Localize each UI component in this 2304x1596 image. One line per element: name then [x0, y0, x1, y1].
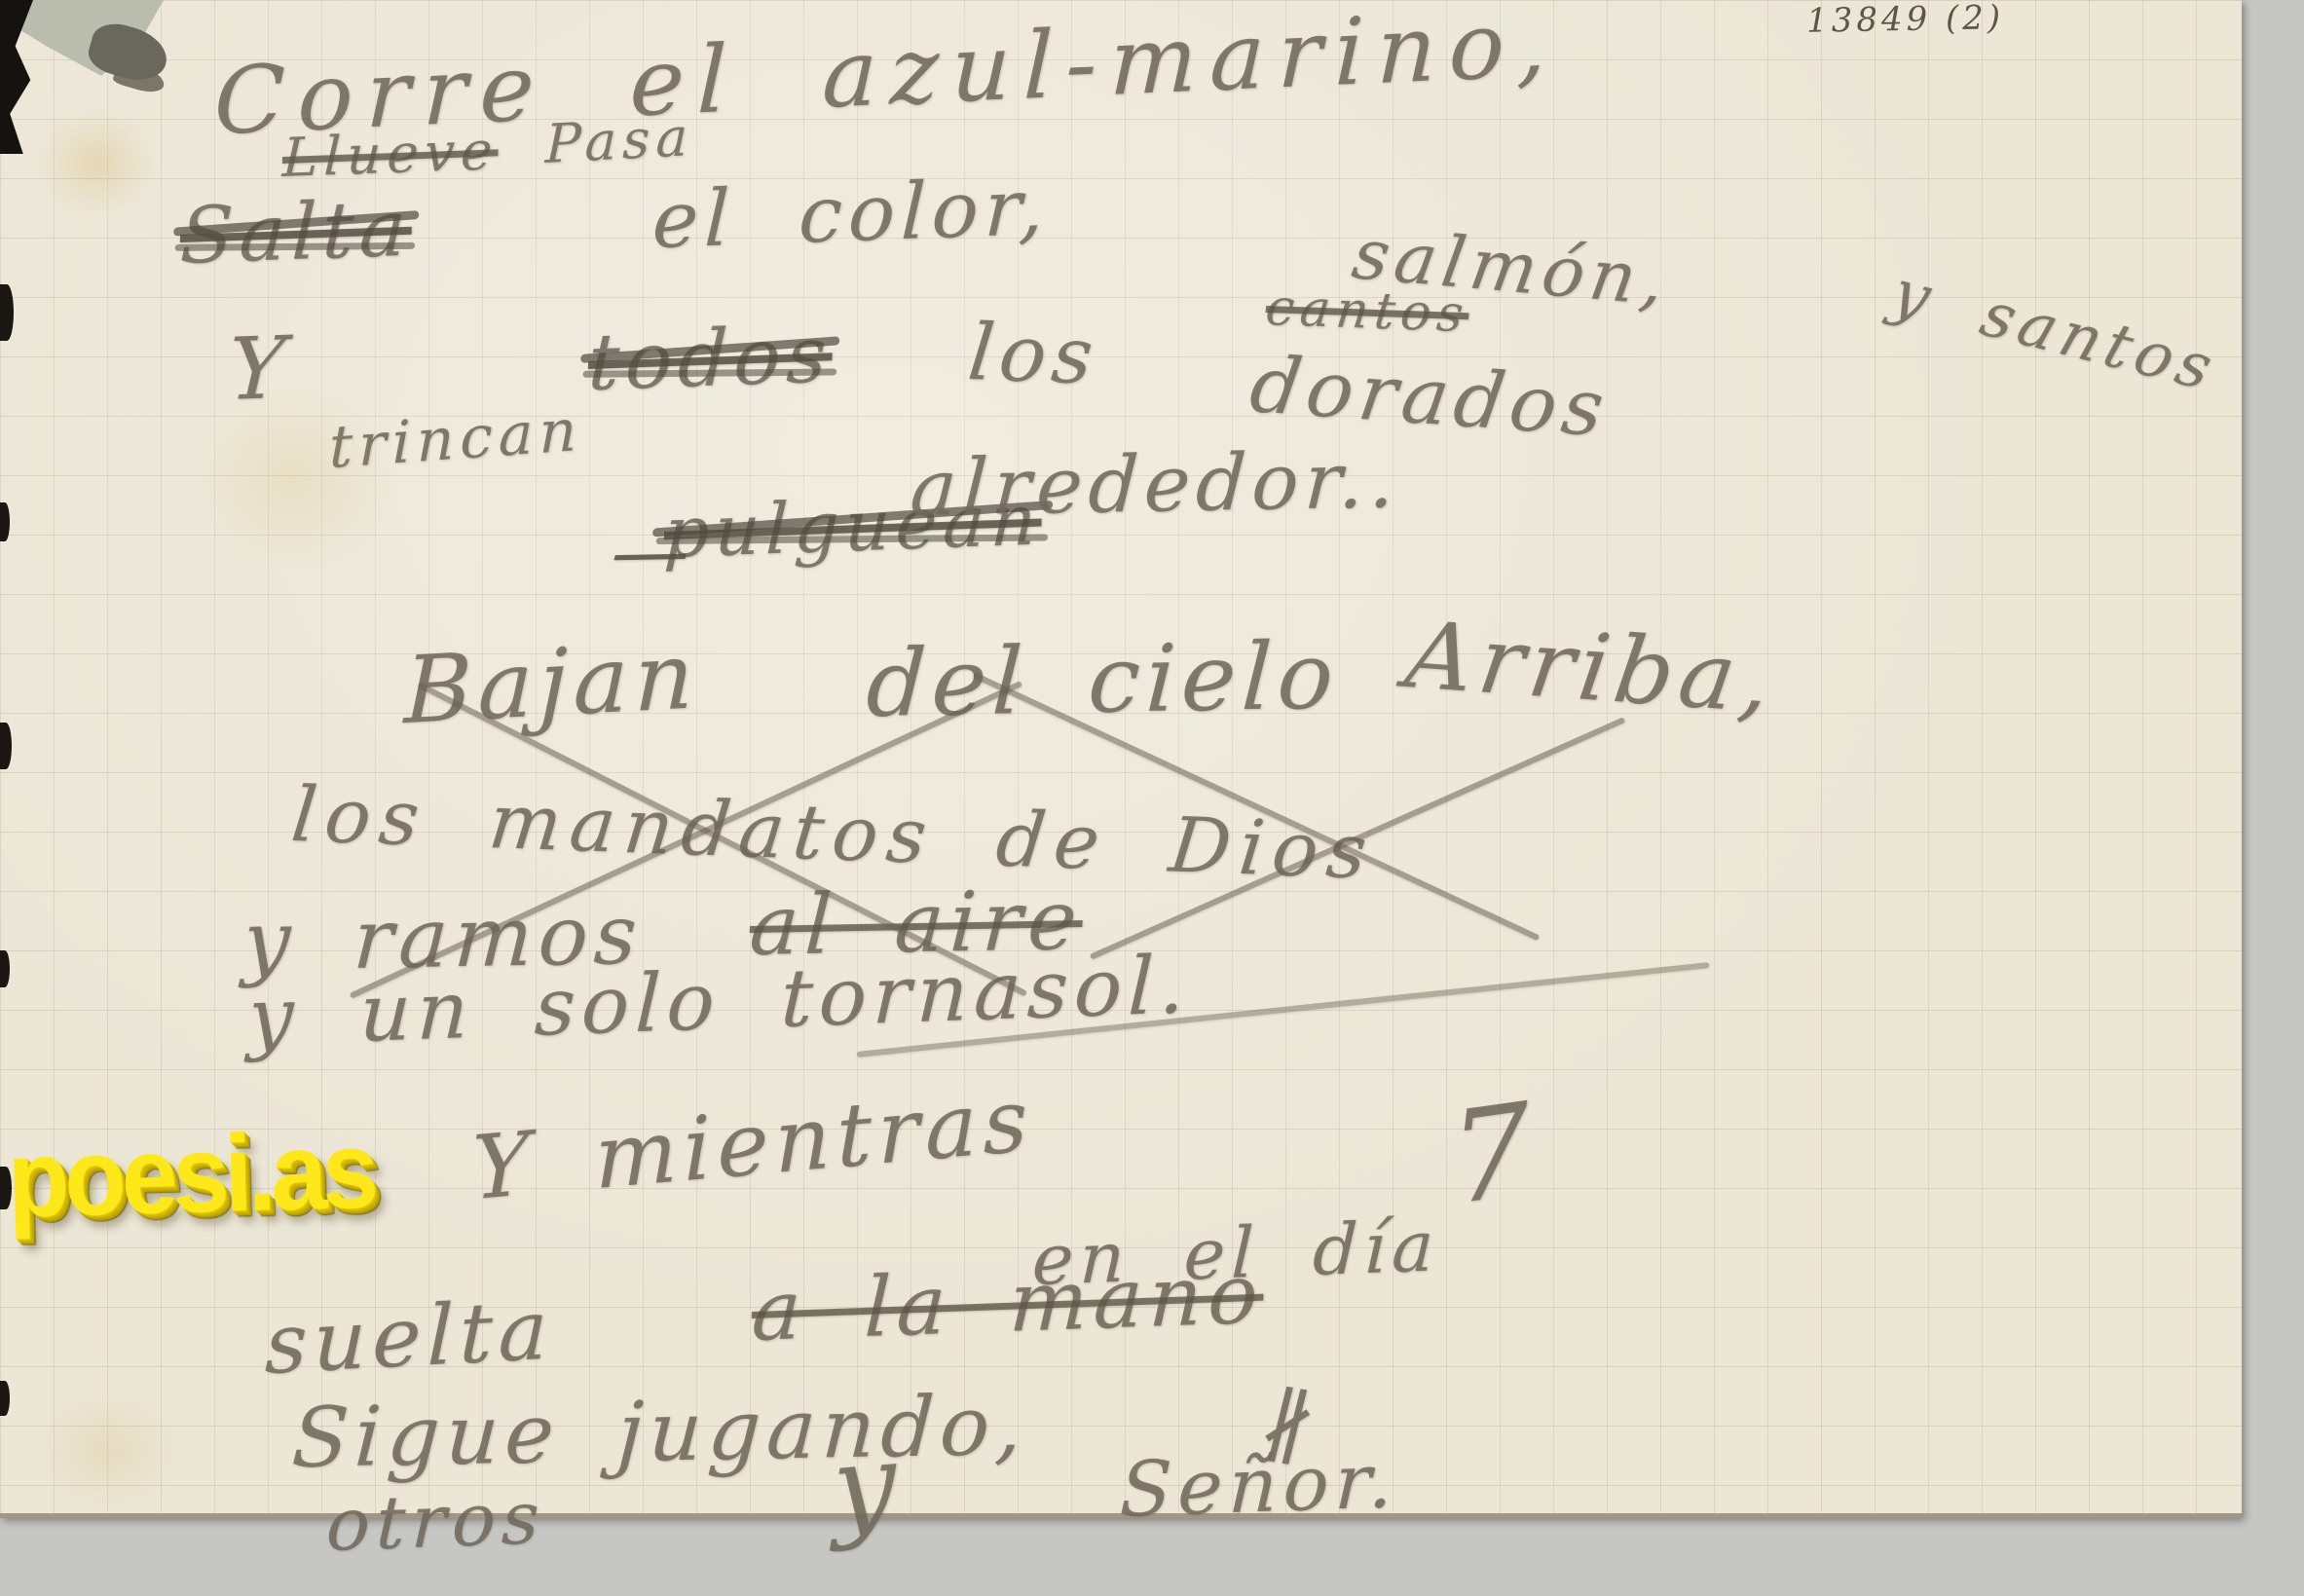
paper-stain	[35, 1392, 181, 1509]
scanned-manuscript-page: { "doc": { "description": "Handwritten p…	[0, 0, 2304, 1596]
manuscript-line: alrededor..	[909, 434, 1403, 534]
manuscript-paper: 13849 (2) Corre el azul-marino, Llueve P…	[0, 0, 2242, 1518]
dark-paper-blob	[84, 18, 172, 88]
manuscript-line: otros	[324, 1474, 546, 1568]
manuscript-line: cantos	[1263, 278, 1472, 344]
manuscript-line: Salta	[178, 183, 413, 281]
manuscript-line: todos	[587, 309, 835, 408]
manuscript-line: Arriba,	[1399, 602, 1783, 734]
manuscript-line: Sigue jugando,	[289, 1378, 1030, 1487]
manuscript-line: Pasa	[544, 105, 693, 175]
manuscript-line: suelta	[264, 1281, 554, 1393]
scan-edge-tear	[0, 723, 12, 769]
manuscript-line: 7	[1446, 1074, 1542, 1234]
manuscript-line: Señor.	[1118, 1437, 1399, 1535]
paper-stain	[37, 109, 158, 218]
manuscript-line: Llueve	[281, 119, 500, 189]
manuscript-line: el color,	[650, 162, 1051, 266]
separator-dash: —	[610, 504, 698, 597]
paper-stain	[191, 386, 395, 575]
scan-edge-tear	[0, 284, 14, 341]
manuscript-line: Y mientras	[471, 1068, 1034, 1220]
manuscript-line: los	[964, 307, 1102, 401]
manuscript-line: y santos	[1883, 257, 2227, 406]
manuscript-line: y	[832, 1418, 903, 1554]
poesi-as-watermark-logo: poesi.as	[6, 1108, 375, 1243]
archive-number: 13849 (2)	[1806, 0, 2005, 41]
scan-edge-tear	[0, 950, 10, 987]
manuscript-line: Bajan	[403, 622, 700, 745]
manuscript-line: a la mano	[750, 1246, 1265, 1361]
scan-edge-tear	[0, 1381, 10, 1416]
scan-edge-tear	[0, 502, 10, 541]
